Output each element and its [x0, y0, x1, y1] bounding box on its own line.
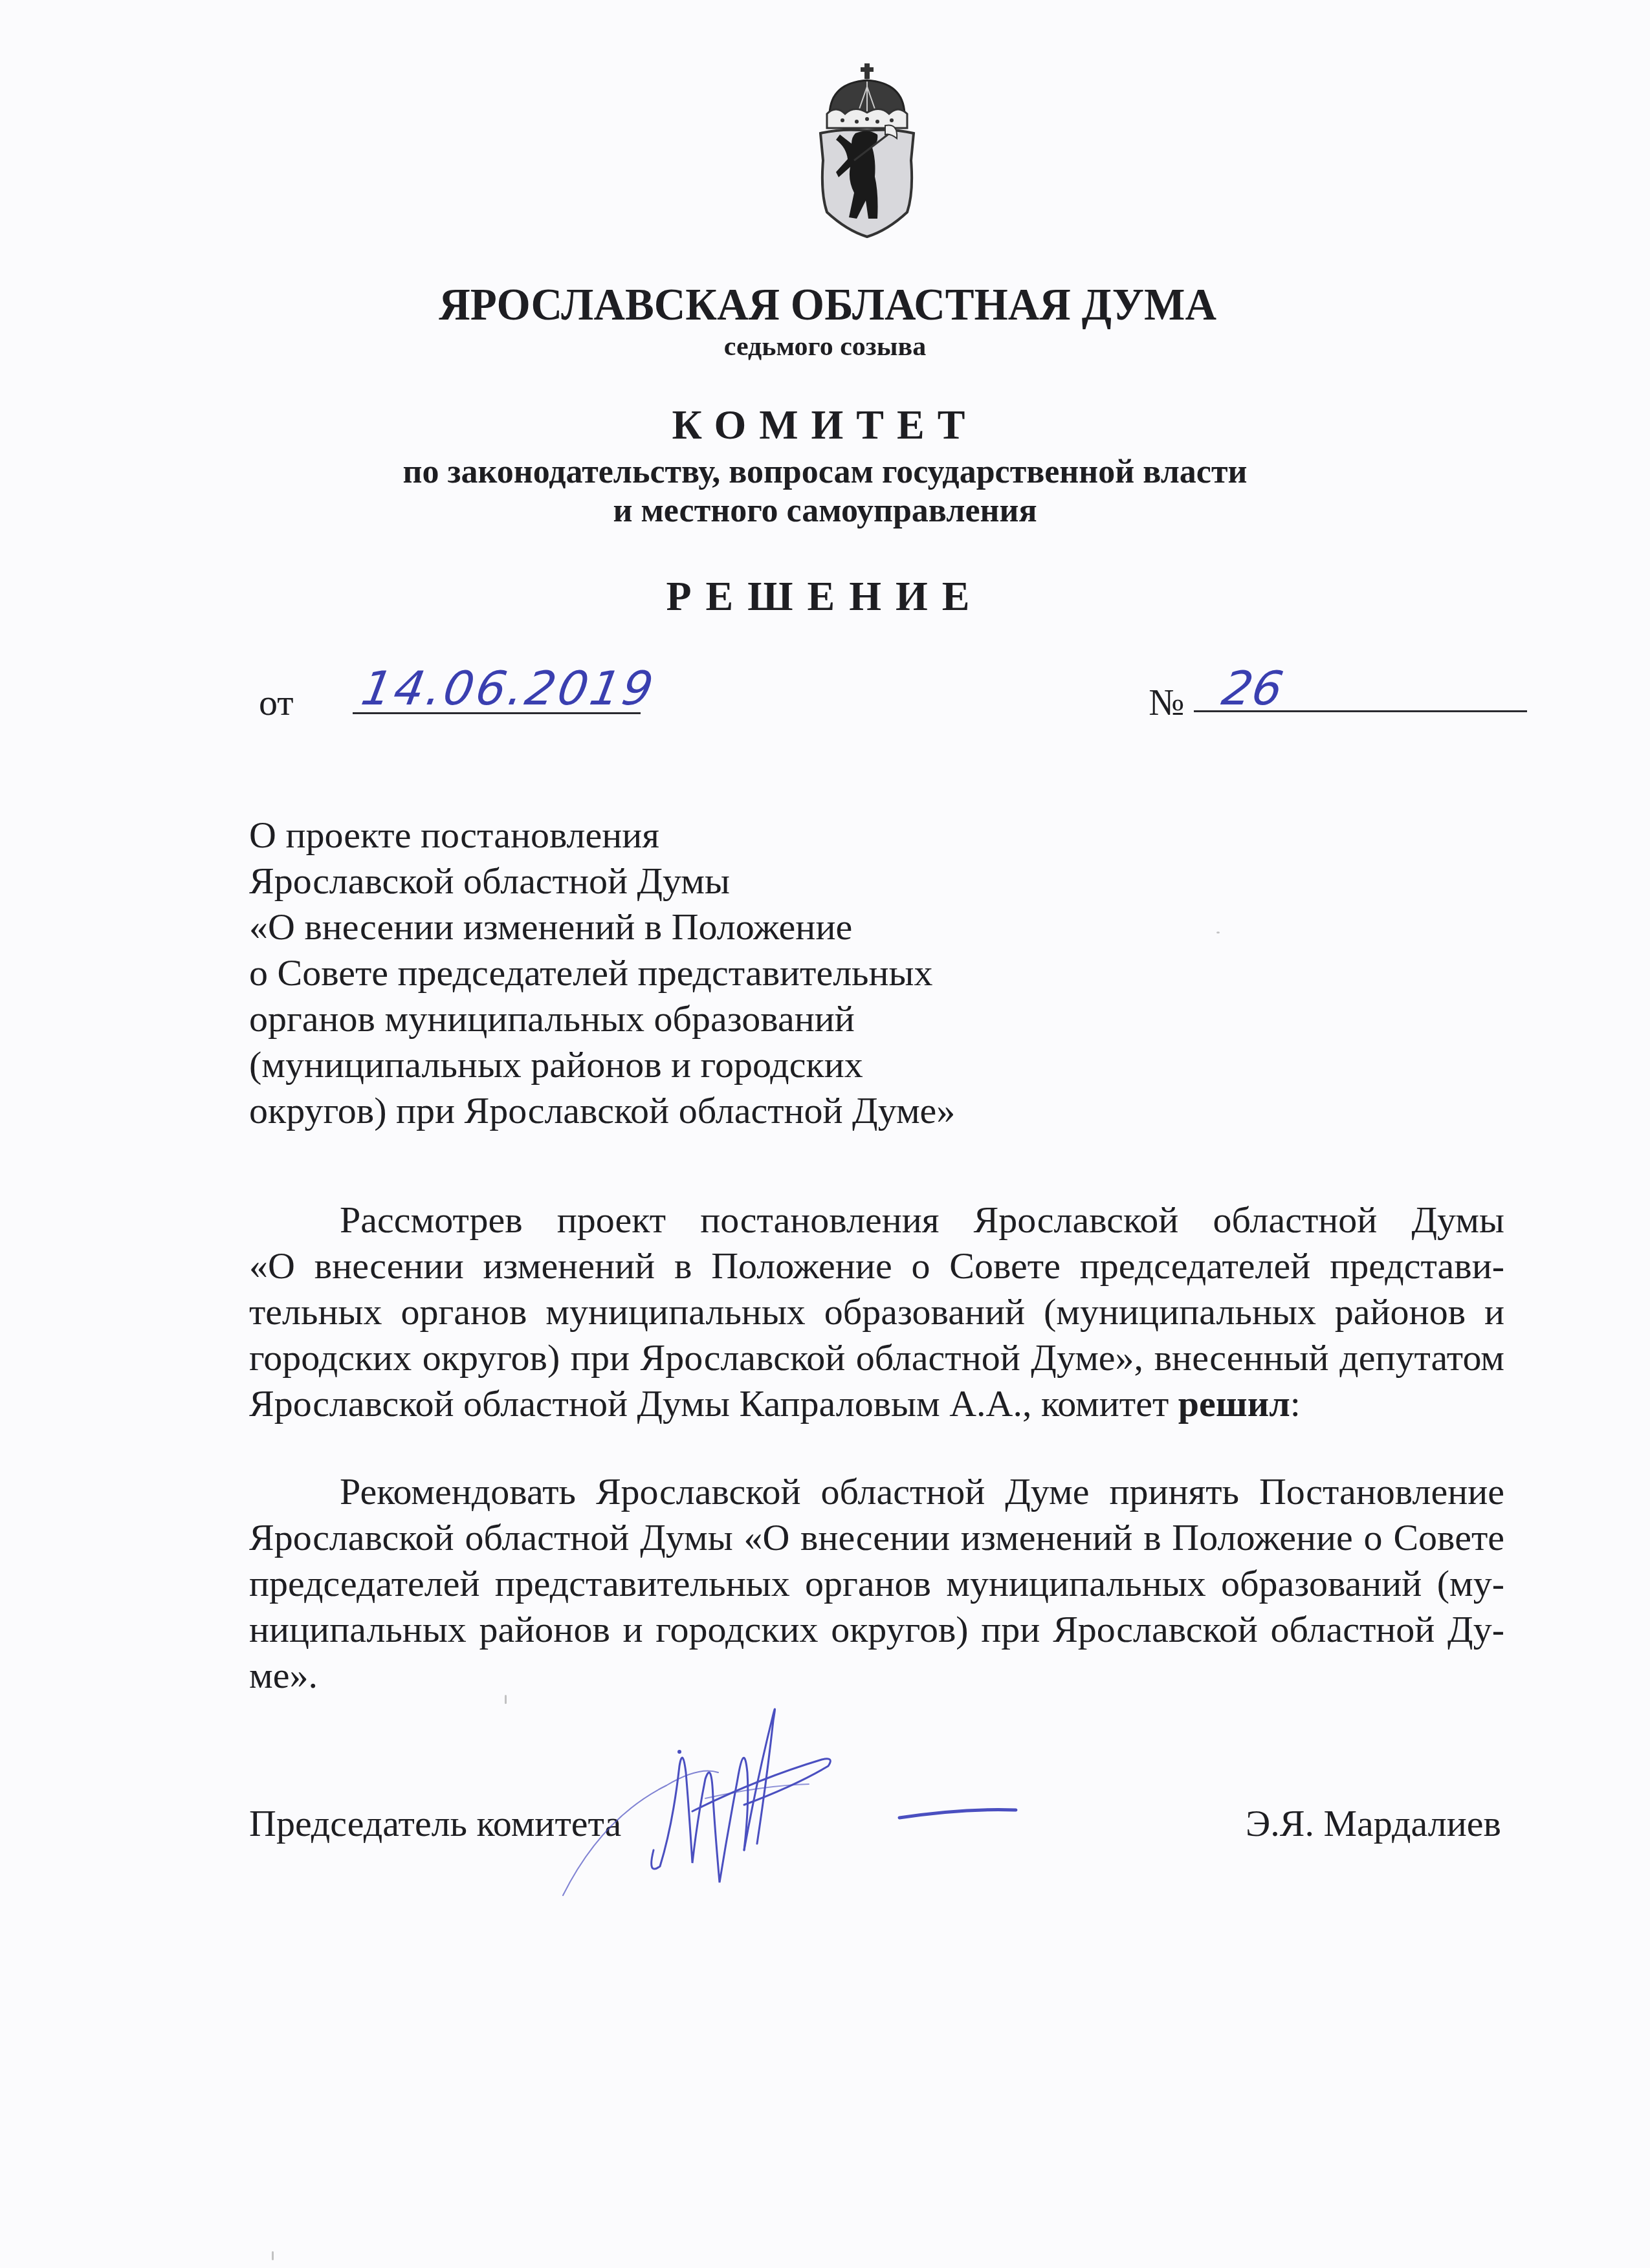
paragraph-considered: Рассмотрев проект постановления Ярославс… [249, 1197, 1504, 1426]
signatory-name: Э.Я. Мардалиев [1246, 1802, 1501, 1845]
number-label: № [1149, 679, 1184, 725]
subject-line: о Совете председателей представительных [249, 950, 1026, 996]
committee-heading: КОМИТЕТ [0, 401, 1650, 449]
subject-line: органов муниципальных образований [249, 996, 1026, 1041]
document-page: ЯРОСЛАВСКАЯ ОБЛАСТНАЯ ДУМА седьмого созы… [0, 0, 1650, 2268]
paragraph-line: городских округов) при Ярославской облас… [249, 1335, 1504, 1380]
subject-line: Ярославской областной Думы [249, 858, 1026, 904]
paragraph-recommendation: Рекомендовать Ярославской областной Думе… [249, 1468, 1504, 1698]
committee-name-line-2: и местного самоуправления [0, 492, 1650, 530]
paragraph-line-last: ме». [249, 1652, 1504, 1698]
paragraph-line-text: Ярославской областной Думы Капраловым А.… [249, 1382, 1178, 1424]
colon: : [1290, 1382, 1301, 1424]
subject-line: (муниципальных районов и городских [249, 1041, 1026, 1087]
subject-block: О проекте постановления Ярославской обла… [249, 812, 1026, 1133]
date-value-handwritten: 14.06.2019 [358, 661, 660, 715]
scan-speck [1216, 932, 1220, 933]
paragraph-line: Рассмотрев проект постановления Ярославс… [249, 1197, 1504, 1243]
date-underline [353, 712, 641, 714]
scan-speck [272, 2251, 274, 2260]
subject-line: О проекте постановления [249, 812, 1026, 858]
decided-keyword: решил [1178, 1382, 1290, 1424]
handwritten-signature-icon [550, 1701, 1055, 1915]
paragraph-line: ниципальных районов и городских округов)… [249, 1606, 1504, 1652]
scan-speck [505, 1695, 507, 1704]
subject-line: округов) при Ярославской областной Думе» [249, 1087, 1026, 1133]
yaroslavl-coat-of-arms-icon [817, 63, 918, 239]
paragraph-line: председателей представительных органов м… [249, 1560, 1504, 1606]
organization-title: ЯРОСЛАВСКАЯ ОБЛАСТНАЯ ДУМА [36, 279, 1620, 331]
subject-line: «О внесении изменений в Положение [249, 904, 1026, 950]
paragraph-line: «О внесении изменений в Положение о Сове… [249, 1243, 1504, 1289]
number-value-handwritten: 26 [1218, 661, 1287, 715]
paragraph-line: тельных органов муниципальных образовани… [249, 1289, 1504, 1335]
paragraph-line: Ярославской областной Думы «О внесении и… [249, 1514, 1504, 1560]
convocation-subtitle: седьмого созыва [0, 331, 1650, 362]
committee-name-line-1: по законодательству, вопросам государств… [0, 453, 1650, 491]
paragraph-line-last: Ярославской областной Думы Капраловым А.… [249, 1380, 1504, 1426]
document-type-heading: РЕШЕНИЕ [0, 572, 1650, 620]
paragraph-line: Рекомендовать Ярославской областной Думе… [249, 1468, 1504, 1514]
date-label: от [259, 679, 294, 725]
number-underline [1194, 710, 1527, 712]
